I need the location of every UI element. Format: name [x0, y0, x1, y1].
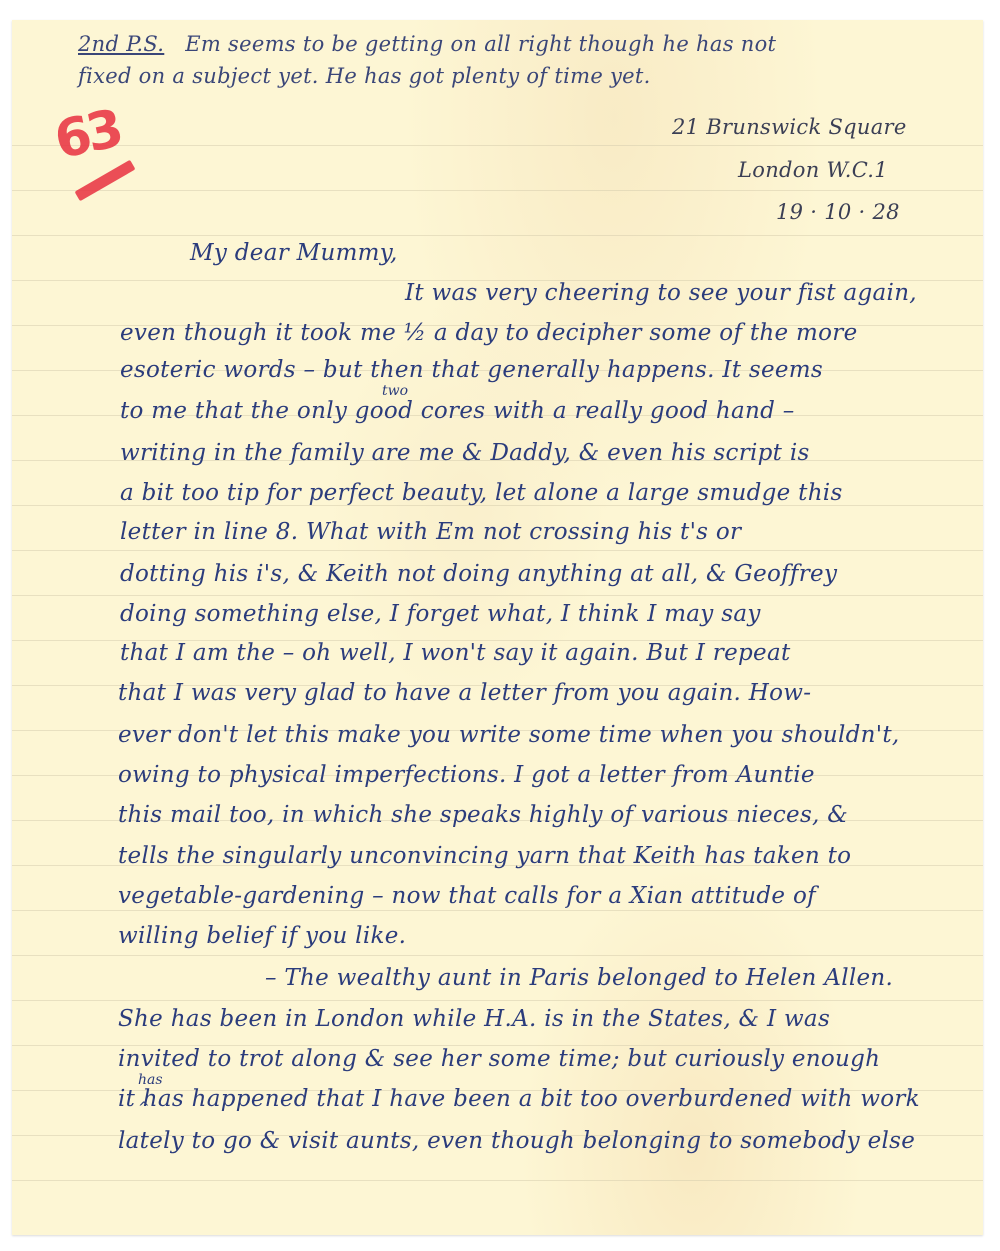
body-line-16: vegetable-gardening – now that calls for… [118, 883, 816, 909]
ruled-line [12, 1180, 983, 1181]
postscript-label: 2nd P.S. [78, 32, 164, 56]
body-line-15: tells the singularly unconvincing yarn t… [118, 843, 851, 869]
postscript-line-2: fixed on a subject yet. He has got plent… [78, 64, 651, 88]
body-line-13: owing to physical imperfections. I got a… [118, 762, 815, 788]
body-line-21: it has happened that I have been a bit t… [118, 1086, 920, 1112]
postscript-text-2: fixed on a subject yet. He has got plent… [78, 64, 651, 88]
salutation: My dear Mummy, [190, 240, 398, 266]
body-line-12: ever don't let this make you write some … [118, 722, 900, 748]
body-line-10: that I am the – oh well, I won't say it … [120, 640, 791, 666]
stamp-number: 63 [49, 99, 124, 171]
postscript-line-1: 2nd P.S. Em seems to be getting on all r… [78, 32, 776, 56]
body-line-14: this mail too, in which she speaks highl… [118, 802, 848, 828]
archive-stamp: 63 [55, 105, 145, 195]
body-line-19: She has been in London while H.A. is in … [118, 1006, 830, 1032]
ruled-line [12, 235, 983, 236]
body-line-5: writing in the family are me & Daddy, & … [120, 440, 810, 466]
body-line-6: a bit too tip for perfect beauty, let al… [120, 480, 843, 506]
ruled-line [12, 595, 983, 596]
ruled-line [12, 550, 983, 551]
body-line-4: to me that the only good cores with a re… [120, 398, 795, 424]
body-line-9: doing something else, I forget what, I t… [120, 601, 761, 627]
ruled-line [12, 955, 983, 956]
body-line-20: invited to trot along & see her some tim… [118, 1046, 880, 1072]
body-line-7: letter in line 8. What with Em not cross… [120, 519, 741, 545]
body-line-22: lately to go & visit aunts, even though … [118, 1128, 915, 1154]
body-line-1: It was very cheering to see your fist ag… [405, 280, 917, 306]
body-line-18: – The wealthy aunt in Paris belonged to … [265, 965, 893, 991]
body-line-17: willing belief if you like. [118, 923, 406, 949]
body-line-8: dotting his i's, & Keith not doing anyth… [120, 561, 837, 587]
ruled-line [12, 1000, 983, 1001]
ruled-line [12, 910, 983, 911]
ruled-line [12, 190, 983, 191]
address-line-1: 21 Brunswick Square [672, 115, 907, 139]
body-line-3: esoteric words – but then that generally… [120, 357, 823, 383]
body-line-2: even though it took me ½ a day to deciph… [120, 320, 858, 346]
ruled-line [12, 145, 983, 146]
letter-date: 19 · 10 · 28 [776, 200, 900, 224]
body-line-11: that I was very glad to have a letter fr… [118, 680, 811, 706]
insertion-two: two [382, 383, 408, 399]
address-line-2: London W.C.1 [738, 158, 888, 182]
postscript-text-1: Em seems to be getting on all right thou… [185, 32, 776, 56]
